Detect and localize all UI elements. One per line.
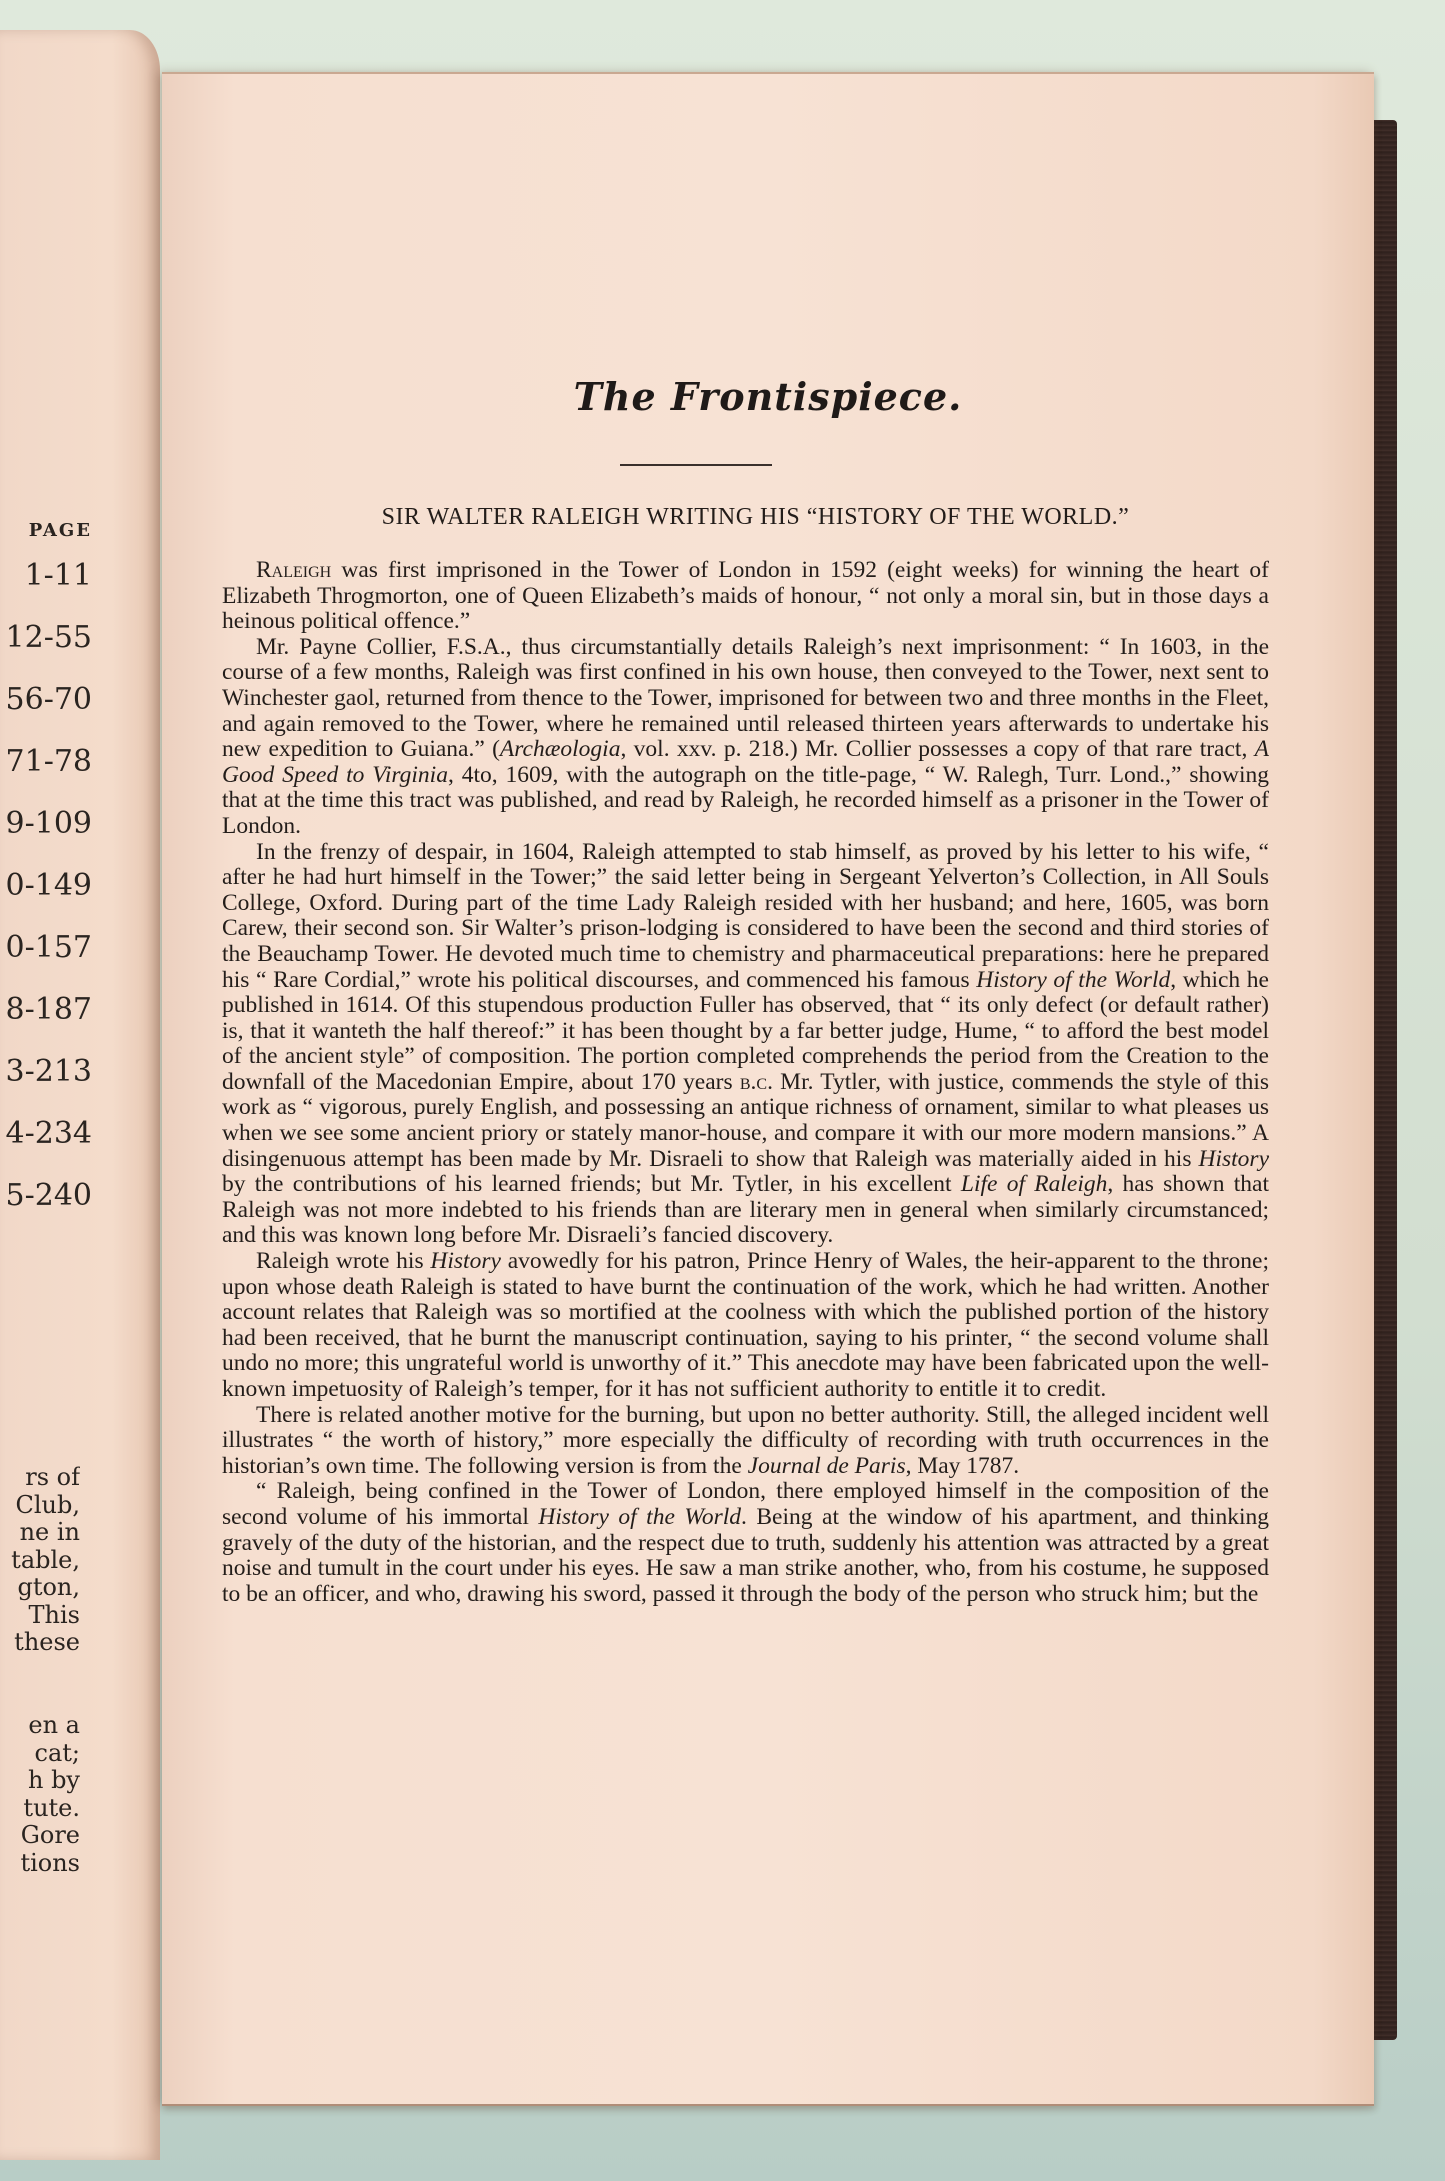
book-title: History	[430, 1248, 501, 1274]
page-range: 1-11	[6, 545, 92, 607]
era-abbreviation: b.c.	[740, 1069, 773, 1095]
paragraph-text: by the contributions of his learned frie…	[222, 1171, 961, 1197]
page-range: 3-213	[6, 1041, 92, 1103]
fragment-line: cat;	[0, 1740, 80, 1768]
page-range: 5-240	[6, 1165, 92, 1227]
lead-word: Raleigh	[256, 557, 331, 583]
paragraph-text: There is related another motive for the …	[222, 1402, 1269, 1479]
citation-title: Archæologia	[500, 736, 621, 762]
fragment-line: tute.	[0, 1795, 80, 1823]
left-page: PAGE 1-11 12-55 56-70 71-78 9-109 0-149 …	[0, 30, 160, 2160]
fragment-line: table,	[0, 1547, 80, 1575]
page-range: 8-187	[6, 979, 92, 1041]
fragment-line: gton,	[0, 1574, 80, 1602]
book-title: History of the World	[538, 1504, 741, 1530]
paragraph-6: “ Raleigh, being confined in the Tower o…	[222, 1479, 1269, 1607]
book-title: History	[1199, 1146, 1270, 1172]
contents-page-header: PAGE	[6, 520, 92, 541]
book-page: The Frontispiece. SIR WALTER RALEIGH WRI…	[162, 72, 1374, 2106]
paragraph-text: Raleigh wrote his	[256, 1248, 430, 1274]
body-text: Raleigh was first imprisoned in the Towe…	[222, 558, 1269, 1607]
paragraph-text: was first imprisoned in the Tower of Lon…	[222, 557, 1269, 634]
book-title: Life of Raleigh	[961, 1171, 1107, 1197]
page-range: 56-70	[6, 669, 92, 731]
fragment-line: these	[0, 1629, 80, 1657]
paragraph-1: Raleigh was first imprisoned in the Towe…	[222, 558, 1269, 635]
fragment-line: Club,	[0, 1492, 80, 1520]
paragraph-4: Raleigh wrote his History avowedly for h…	[222, 1249, 1269, 1403]
left-text-fragment-1: rs of Club, ne in table, gton, This thes…	[0, 1464, 80, 1657]
fragment-line: Gore	[0, 1822, 80, 1850]
page-range: 12-55	[6, 607, 92, 669]
paragraph-text: , May 1787.	[906, 1453, 1020, 1479]
section-heading: SIR WALTER RALEIGH WRITING HIS “HISTORY …	[232, 504, 1279, 531]
fragment-line: en a	[0, 1712, 80, 1740]
fragment-line: h by	[0, 1767, 80, 1795]
left-text-fragment-2: en a cat; h by tute. Gore tions	[0, 1712, 80, 1877]
paragraph-text: , vol. xxv. p. 218.) Mr. Collier possess…	[620, 736, 1254, 762]
page-range: 0-149	[6, 855, 92, 917]
fragment-line: ne in	[0, 1519, 80, 1547]
fragment-line: tions	[0, 1850, 80, 1878]
page-range: 9-109	[6, 793, 92, 855]
title-divider	[620, 464, 772, 466]
journal-title: Journal de Paris	[748, 1453, 906, 1479]
fragment-line: This	[0, 1602, 80, 1630]
page-range: 71-78	[6, 731, 92, 793]
page-range: 0-157	[6, 917, 92, 979]
fragment-line: rs of	[0, 1464, 80, 1492]
paragraph-5: There is related another motive for the …	[222, 1403, 1269, 1480]
contents-page-column: PAGE 1-11 12-55 56-70 71-78 9-109 0-149 …	[6, 520, 92, 1227]
paragraph-3: In the frenzy of despair, in 1604, Ralei…	[222, 840, 1269, 1250]
paragraph-2: Mr. Payne Collier, F.S.A., thus circumst…	[222, 635, 1269, 840]
page-range: 4-234	[6, 1103, 92, 1165]
page-title: The Frontispiece.	[162, 374, 1374, 419]
book-title: History of the World	[976, 967, 1170, 993]
